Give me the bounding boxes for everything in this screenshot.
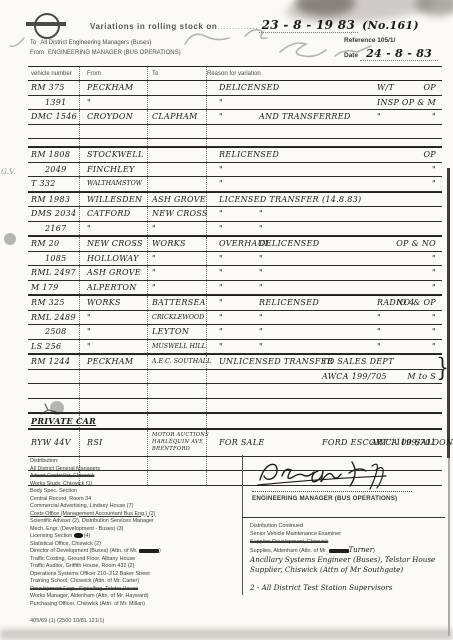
table-row: RM 325WORKSBATTERSEA"RELICENSEDRADIO 4NO…	[28, 295, 442, 311]
to-garage: CRICKLEWOOD	[152, 314, 204, 321]
to-garage: CLAPHAM	[152, 112, 198, 121]
reason-note: "	[259, 342, 263, 351]
table-row: RML 2497ASH GROVE""""	[28, 266, 442, 281]
reason-cell: UNLICENSED TRANSFERTO SALES DEPT}	[207, 355, 442, 369]
title-text: Variations in rolling stock on	[90, 22, 217, 31]
reason-note: (14.8.83)	[322, 195, 361, 204]
distribution-item: 2 - All District Test Station Supervisor…	[250, 583, 450, 593]
distribution-item: Commercial Advertising, Lindsey House (7…	[30, 503, 240, 511]
department-code: M to S	[407, 372, 436, 381]
to-garage: MUSWELL HILL	[152, 343, 206, 350]
table-row	[28, 399, 442, 414]
distribution-item-text: (4)	[84, 533, 91, 539]
to-address: MOTOR AUCTIONSHARLEQUIN AVEBRENTFORD	[152, 432, 209, 453]
from-garage: WILLESDEN	[87, 195, 142, 204]
distribution-item: Traffic Costing, Ground Floor, Albany Ho…	[30, 556, 240, 564]
to-cell	[148, 414, 207, 428]
reason-text: LICENSED TRANSFER	[219, 195, 319, 204]
distribution-item-text: Advert Controller, Chiswick	[30, 473, 94, 479]
distribution-item-text: Supplier, Chiswick (Attn of Mr Southgate…	[250, 565, 403, 574]
department-code: OP	[423, 83, 436, 92]
from-cell: FINCHLEY	[80, 163, 148, 177]
distribution-item-text: Statistical Office, Chiswick (2)	[30, 541, 101, 547]
distribution-item-text: 2 - All District Test Station Supervisor…	[250, 583, 392, 592]
scanned-document-page: G.V. Variations in rolling stock on ....…	[0, 0, 453, 640]
reason-code: "	[377, 112, 381, 121]
to-garage: "	[152, 224, 156, 233]
table-row: DMS 2034CATFORDNEW CROSS""	[28, 207, 442, 222]
distribution-item-text: Works Study, Chiswick (1)	[30, 481, 92, 487]
vehicle-cell: 1391	[28, 96, 80, 110]
table-row: DMC 1546CROYDONCLAPHAM"AND TRANSFERRED""	[28, 110, 442, 125]
table-row: RM 1808STOCKWELLRELICENSEDOP	[28, 147, 442, 163]
from-garage: "	[87, 327, 91, 336]
vehicle-cell: M 179	[28, 281, 80, 295]
table-row	[28, 384, 442, 399]
reason-note: AWCA 199/705	[322, 372, 387, 381]
reason-cell: """"	[207, 311, 442, 325]
reason-text: RELICENSED	[219, 150, 279, 159]
to-garage: "	[152, 283, 156, 292]
vehicle-cell: 2167	[28, 222, 80, 236]
distribution-item-text: Costs Office (Management Accountant Bus …	[30, 511, 155, 517]
vehicle-cell: RML 2489	[28, 311, 80, 325]
table-row: LS 256"MUSWELL HILL""""	[28, 340, 442, 355]
to-garage: WORKS	[152, 239, 186, 248]
table-row: 1085HOLLOWAY""""	[28, 252, 442, 267]
column-header: From	[80, 67, 148, 80]
distribution-item: Supplies, Aldenham (Attn. of Mr. Turner)	[250, 546, 450, 555]
from-garage: CATFORD	[87, 209, 130, 218]
reason-text: "	[219, 254, 223, 263]
reason-code: "	[377, 342, 381, 351]
distribution-item: Statistical Office, Chiswick (2)	[30, 541, 240, 549]
distribution-item-text: Distribution Continued	[250, 523, 303, 529]
distribution-list: Distribution:All District General Manage…	[30, 458, 240, 608]
from-cell: WILLESDEN	[80, 193, 148, 207]
reason-code: "	[377, 327, 381, 336]
reason-cell: AWCA 199/705M to S	[207, 370, 442, 384]
vehicle-number: DMC 1546	[31, 112, 77, 121]
to-cell: "	[148, 222, 207, 236]
reason-code: "	[377, 313, 381, 322]
reason-note: "	[259, 224, 263, 233]
column-header-label: Reason for variation	[207, 71, 261, 77]
scan-edge-artifact	[447, 168, 450, 458]
distribution-item: Development Engr., Signalling, Telstar H…	[30, 586, 240, 594]
distribution-item: Director of Development (Buses) (Attn. o…	[30, 548, 240, 556]
vehicle-number: RM 1983	[31, 195, 70, 204]
distribution-item: Senior Vehicle Maintenance Examiner	[250, 530, 450, 538]
reason-cell: FOR SALEFORD ESCORT 1100 SALOONAWCA 199/…	[207, 430, 442, 456]
distribution-item: Body Spec. Section	[30, 488, 240, 496]
vehicle-number: RM 1244	[31, 357, 70, 366]
signatory-title: ENGINEERING MANAGER (BUS OPERATIONS)	[252, 495, 442, 502]
department-code: NO & OP	[396, 298, 436, 307]
vehicle-cell: RM 1983	[28, 193, 80, 207]
from-cell	[80, 384, 148, 398]
table-row: 2508"LEYTON""""	[28, 325, 442, 340]
from-cell: RSI	[80, 430, 148, 456]
vehicle-cell	[28, 370, 80, 384]
reason-cell: ""	[207, 177, 442, 191]
reason-text: FOR SALE	[219, 438, 265, 447]
reason-text: "	[219, 165, 223, 174]
table-row: RM 1983WILLESDENASH GROVELICENSED TRANSF…	[28, 192, 442, 208]
vehicle-number: 1391	[31, 98, 67, 107]
reason-cell	[207, 414, 442, 428]
table-row: PRIVATE CAR	[28, 413, 442, 429]
scan-bottom-blur	[0, 629, 453, 640]
department-code: "	[432, 283, 436, 292]
london-transport-roundel-logo	[26, 12, 66, 38]
distribution-item-text: All District General Managers	[30, 466, 100, 472]
margin-annotation: G.V.	[1, 167, 16, 176]
vehicle-cell: 2049	[28, 163, 80, 177]
distribution-item: Purchasing Officer, Chiswick (Attn. of M…	[30, 601, 240, 609]
reason-text: "	[219, 209, 223, 218]
vehicle-number: 2049	[31, 165, 67, 174]
distribution-item: Licensing Section (4)	[30, 533, 240, 541]
distribution-item-text: Distribution:	[30, 458, 58, 464]
to-garage: NEW CROSS	[152, 209, 208, 218]
vehicle-cell: RM 375	[28, 81, 80, 95]
vehicle-number: RML 2497	[31, 268, 76, 277]
from-cell: NEW CROSS	[80, 237, 148, 251]
from-cell: WORKS	[80, 296, 148, 310]
department-code: "	[432, 313, 436, 322]
reason-note: RELICENSED	[259, 298, 319, 307]
from-cell: HOLLOWAY	[80, 252, 148, 266]
vehicle-cell: DMS 2034	[28, 207, 80, 221]
reason-note: "	[259, 254, 263, 263]
distribution-item-text: Supplies Development, Chiswick	[250, 539, 328, 545]
from-cell: CROYDON	[80, 110, 148, 124]
distribution-item-text: Mech. Engr. (Development - Buses) (3)	[30, 526, 123, 532]
table-row: T 332WALTHAMSTOW""	[28, 177, 442, 192]
table-header-row: vehicle numberFromToReason for variation	[28, 67, 442, 81]
table-row: RM 1244PECKHAMA.E.C. SOUTHALLUNLICENSED …	[28, 354, 442, 370]
from-garage: "	[87, 98, 91, 107]
from-cell: ASH GROVE	[80, 266, 148, 280]
to-cell	[148, 384, 207, 398]
struck-out-name	[329, 549, 349, 553]
to-cell: "	[148, 252, 207, 266]
to-cell: MUSWELL HILL	[148, 340, 207, 354]
distribution-item-text: Operations Systems Officer 210–212 Baker…	[30, 571, 150, 577]
distribution-item-text: )	[159, 548, 161, 554]
horizontal-rule	[242, 517, 445, 518]
reason-text: "	[219, 179, 223, 188]
column-header: To	[148, 67, 207, 80]
reason-note: "	[259, 313, 263, 322]
vehicle-number: RML 2489	[31, 313, 76, 322]
vehicle-number: M 179	[31, 283, 59, 292]
to-cell	[148, 139, 207, 146]
table-row: RM 375PECKHAMDELICENSEDW/TOP	[28, 81, 442, 96]
reason-text: "	[219, 98, 223, 107]
reason-cell: ""	[207, 222, 442, 236]
table-row: RM 20NEW CROSSWORKSOVERHAULDELICENSEDOP …	[28, 236, 442, 252]
from-cell: STOCKWELL	[80, 148, 148, 162]
to-garage: A.E.C. SOUTHALL	[152, 358, 211, 365]
vehicle-number: 1085	[31, 254, 67, 263]
reason-text: "	[219, 342, 223, 351]
to-garage: LEYTON	[152, 327, 189, 336]
reason-cell: DELICENSEDW/TOP	[207, 81, 442, 95]
reason-text: "	[219, 268, 223, 277]
from-garage: RSI	[87, 438, 103, 447]
reason-cell	[207, 384, 442, 398]
vehicle-cell: T 332	[28, 177, 80, 191]
distribution-continued-list: Distribution ContinuedSenior Vehicle Mai…	[250, 522, 450, 593]
from-garage: PECKHAM	[87, 357, 133, 366]
column-header: Reason for variation	[207, 67, 442, 80]
signature-line	[252, 491, 412, 492]
reason-cell: RELICENSEDOP	[207, 148, 442, 162]
addressee-block: ToAll District Engineering Managers (Bus…	[30, 38, 181, 58]
vehicle-cell	[28, 399, 80, 413]
from-cell: "	[80, 340, 148, 354]
distribution-item-text: Central Record, Room 34	[30, 496, 91, 502]
handwritten-correction: Turner	[349, 546, 374, 554]
distribution-item-text: Traffic Costing, Ground Floor, Albany Ho…	[30, 556, 135, 562]
distribution-item: All District General Managers	[30, 466, 240, 474]
reason-cell	[207, 399, 442, 413]
to-garage: "	[152, 268, 156, 277]
reference-number: Reference 105/1/	[344, 37, 438, 44]
table-row: RYW 44VRSIMOTOR AUCTIONSHARLEQUIN AVEBRE…	[28, 429, 442, 457]
vehicle-cell: RM 1244	[28, 355, 80, 369]
vehicle-number: RYW 44V	[31, 438, 71, 447]
reason-cell: """	[207, 266, 442, 280]
table-row: AWCA 199/705M to S	[28, 370, 442, 385]
column-divider	[242, 455, 243, 595]
title-date-handwritten: 23 - 8 - 19 83	[259, 18, 359, 33]
vehicle-number: 2167	[31, 224, 67, 233]
to-cell: CRICKLEWOOD	[148, 311, 207, 325]
to-line: ToAll District Engineering Managers (Bus…	[30, 38, 181, 48]
distribution-item: Traffic Auditor, Griffith House, Room 43…	[30, 563, 240, 571]
department-code: "	[432, 254, 436, 263]
department-code: "	[432, 165, 436, 174]
to-address-line: HARLEQUIN AVE	[152, 439, 209, 446]
distribution-item-text: Purchasing Officer, Chiswick (Attn. of M…	[30, 601, 145, 607]
from-cell: PECKHAM	[80, 355, 148, 369]
from-cell: "	[80, 96, 148, 110]
reason-note: "	[259, 327, 263, 336]
department-code: "	[432, 327, 436, 336]
to-garage: BATTERSEA	[152, 298, 206, 307]
from-cell: "	[80, 311, 148, 325]
reason-cell: """	[207, 252, 442, 266]
table-row: M 179ALPERTON""""	[28, 281, 442, 296]
reason-note: "	[259, 209, 263, 218]
department-code: "	[432, 268, 436, 277]
from-cell	[80, 125, 148, 139]
table-row: 1391""INSPOP & M	[28, 96, 442, 111]
to-cell	[148, 163, 207, 177]
from-garage: HOLLOWAY	[87, 254, 139, 263]
column-header-label: vehicle number	[31, 71, 72, 77]
distribution-item-text: Traffic Auditor, Griffith House, Room 43…	[30, 563, 134, 569]
distribution-item: Mech. Engr. (Development - Buses) (3)	[30, 526, 240, 534]
table-row: RML 2489"CRICKLEWOOD""""	[28, 311, 442, 326]
column-header: vehicle number	[28, 67, 80, 80]
vehicle-cell: LS 256	[28, 340, 80, 354]
reason-cell: """"	[207, 340, 442, 354]
distribution-item-text: Supplies, Aldenham (Attn. of Mr.	[250, 548, 329, 554]
hole-punch-mark	[4, 233, 16, 245]
distribution-item: Costs Office (Management Accountant Bus …	[30, 511, 240, 519]
to-address-line: BRENTFORD	[152, 446, 209, 453]
signature-block: ENGINEERING MANAGER (BUS OPERATIONS)	[252, 456, 442, 502]
from-garage: FINCHLEY	[87, 165, 135, 174]
reason-note: DELICENSED	[259, 239, 319, 248]
table-row: 2167""""	[28, 222, 442, 237]
reference-block: Reference 105/1/ Date 24 - 8 - 83	[344, 37, 438, 61]
reason-text: "	[219, 283, 223, 292]
to-cell	[148, 96, 207, 110]
to-cell: LEYTON	[148, 325, 207, 339]
distribution-item-text: )	[373, 548, 375, 554]
reason-code: INSP	[377, 98, 399, 107]
date-handwritten: 24 - 8 - 83	[360, 47, 438, 61]
vehicle-cell: RYW 44V	[28, 430, 80, 456]
reason-note: AND TRANSFERRED	[259, 112, 351, 121]
to-cell: "	[148, 281, 207, 295]
reason-note: "	[259, 283, 263, 292]
from-cell: "	[80, 222, 148, 236]
reason-cell: "RELICENSEDRADIO 4NO & OP	[207, 296, 442, 310]
from-garage: WALTHAMSTOW	[87, 180, 142, 187]
vehicle-cell: PRIVATE CAR	[28, 414, 80, 428]
from-line: FromENGINEERING MANAGER (BUS OPERATIONS)	[30, 48, 181, 58]
from-garage: CROYDON	[87, 112, 133, 121]
vehicle-number: LS 256	[31, 342, 61, 351]
signature-handwriting	[252, 456, 402, 490]
date-label: Date	[344, 52, 358, 59]
reason-cell	[207, 139, 442, 146]
handwritten-brace: }	[436, 352, 449, 382]
distribution-item: Operations Systems Officer 210–212 Baker…	[30, 571, 240, 579]
to-cell	[148, 399, 207, 413]
from-garage: NEW CROSS	[87, 239, 143, 248]
table-row	[28, 139, 442, 147]
from-cell	[80, 414, 148, 428]
title-leader-dots: ..............	[217, 24, 258, 31]
to-cell	[148, 177, 207, 191]
department-code: OP & NO	[396, 239, 436, 248]
from-garage: "	[87, 342, 91, 351]
variations-table: vehicle numberFromToReason for variation…	[28, 66, 442, 486]
distribution-item: Advert Controller, Chiswick	[30, 473, 240, 481]
pencil-tick	[8, 34, 28, 50]
distribution-item-text: Development Engr., Signalling, Telstar H…	[30, 586, 138, 592]
reason-cell: "INSPOP & M	[207, 96, 442, 110]
from-cell	[80, 139, 148, 146]
from-cell: CATFORD	[80, 207, 148, 221]
document-title: Variations in rolling stock on .........…	[90, 18, 419, 33]
from-garage: WORKS	[87, 298, 121, 307]
reason-text: "	[219, 112, 223, 121]
from-garage: ASH GROVE	[87, 268, 141, 277]
reason-code: W/T	[377, 83, 394, 92]
reason-text: "	[219, 224, 223, 233]
reason-cell: LICENSED TRANSFER(14.8.83)	[207, 193, 442, 207]
to-cell: CLAPHAM	[148, 110, 207, 124]
vehicle-number: RM 1808	[31, 150, 70, 159]
reason-text: "	[219, 327, 223, 336]
from-cell: "	[80, 325, 148, 339]
distribution-item: Distribution Continued	[250, 522, 450, 530]
department-code: OP & M	[402, 98, 436, 107]
vehicle-number: T 332	[31, 179, 56, 188]
vehicle-cell: RM 1808	[28, 148, 80, 162]
reason-text: UNLICENSED TRANSFER	[219, 357, 333, 366]
to-cell: A.E.C. SOUTHALL	[148, 355, 207, 369]
distribution-item: Distribution:	[30, 458, 240, 466]
distribution-item-text: Scientific Adviser (2), Distribution Ser…	[30, 518, 154, 524]
to-cell: NEW CROSS	[148, 207, 207, 221]
vehicle-cell: RML 2497	[28, 266, 80, 280]
reason-cell: ""	[207, 163, 442, 177]
reason-note: TO SALES DEPT	[322, 357, 394, 366]
department-code: "	[432, 179, 436, 188]
table-row: 2049FINCHLEY""	[28, 163, 442, 178]
to-cell	[148, 370, 207, 384]
vehicle-cell	[28, 125, 80, 139]
department-code: "	[432, 342, 436, 351]
distribution-item-text: Commercial Advertising, Lindsey House (7…	[30, 503, 133, 509]
distribution-item-text: Director of Development (Buses) (Attn. o…	[30, 548, 139, 554]
reason-note: "	[259, 268, 263, 277]
distribution-item-text: Works Manager, Aldenham (Attn. of Mr. Ha…	[30, 593, 149, 599]
reason-cell	[207, 125, 442, 139]
struck-out-name	[139, 549, 159, 553]
vehicle-cell	[28, 384, 80, 398]
distribution-item: Works Study, Chiswick (1)	[30, 481, 240, 489]
distribution-item: Supplier, Chiswick (Attn of Mr Southgate…	[250, 565, 450, 575]
department-code: "	[432, 112, 436, 121]
vehicle-cell: DMC 1546	[28, 110, 80, 124]
distribution-item-text: Senior Vehicle Maintenance Examiner	[250, 531, 341, 537]
from-garage: "	[87, 313, 91, 322]
to-garage: ASH GROVE	[152, 195, 206, 204]
reason-text: "	[219, 298, 223, 307]
from-garage: PECKHAM	[87, 83, 133, 92]
table-row	[28, 125, 442, 140]
document-header: Variations in rolling stock on .........…	[26, 12, 436, 38]
reason-cell: ""	[207, 207, 442, 221]
from-garage: "	[87, 224, 91, 233]
distribution-item: Works Manager, Aldenham (Attn. of Mr. Ha…	[30, 593, 240, 601]
reason-text: DELICENSED	[219, 83, 279, 92]
distribution-item: Ancillary Systems Engineer (Buses), Tels…	[250, 555, 450, 565]
vehicle-number: 2508	[31, 327, 67, 336]
vehicle-cell: 2508	[28, 325, 80, 339]
form-print-code: 405/69 (1) (2500 10/81 121/1)	[30, 618, 104, 624]
reason-cell: "AND TRANSFERRED""	[207, 110, 442, 124]
reason-cell: """	[207, 281, 442, 295]
to-garage: "	[152, 254, 156, 263]
department-code: OP	[423, 150, 436, 159]
to-cell: "	[148, 266, 207, 280]
to-cell: MOTOR AUCTIONSHARLEQUIN AVEBRENTFORD	[148, 430, 207, 456]
from-cell: PECKHAM	[80, 81, 148, 95]
vehicle-cell: RM 20	[28, 237, 80, 251]
reason-cell: """"	[207, 325, 442, 339]
